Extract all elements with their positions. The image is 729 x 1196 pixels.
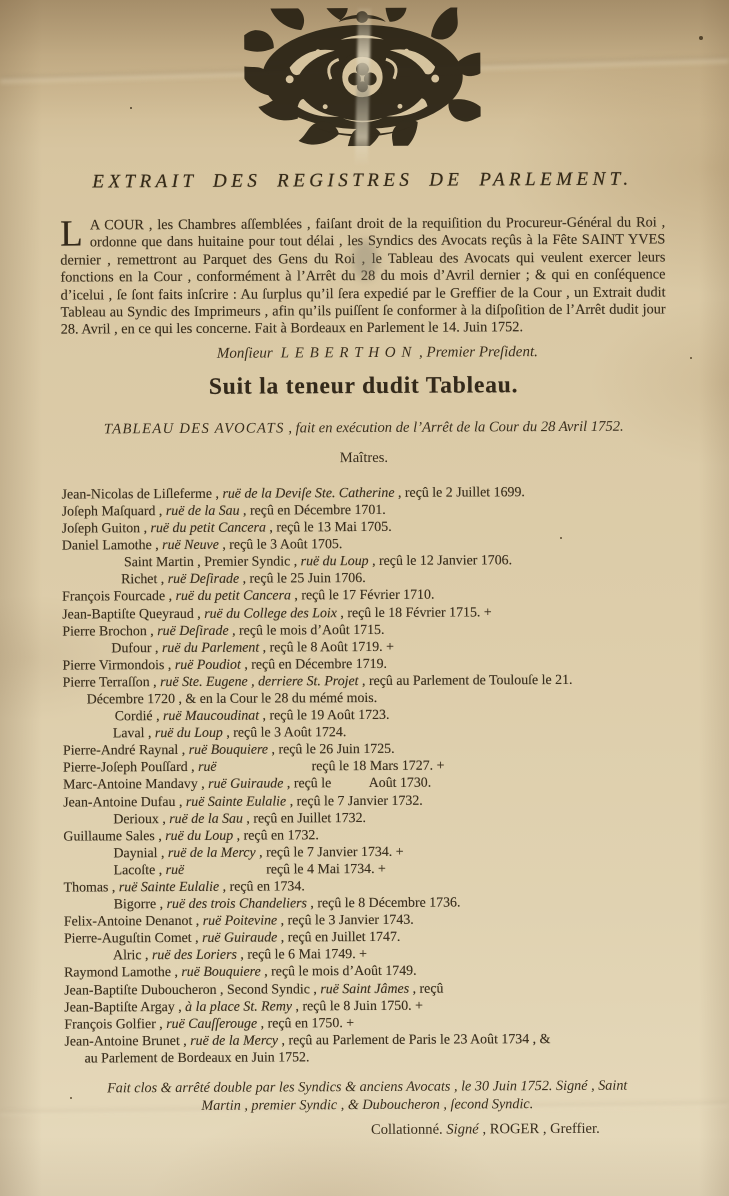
street-name: ruë du petit Cancera (150, 521, 265, 537)
president-signature: MonſieurLEBERTHON, Premier Preſident. (0, 343, 728, 364)
entry-text: Cordié , (115, 709, 163, 724)
paper-tear (354, 8, 370, 166)
entry-text: , reçû le 19 Août 1723. (259, 708, 389, 724)
document-content: EXTRAIT DES REGISTRES DE PARLEMENT. LA C… (0, 0, 729, 1141)
street-name: ruë Poitevine (203, 914, 278, 929)
collation-signe: Signé (446, 1122, 479, 1138)
entry-text: , reçû le 7 Janvier 1734. + (256, 845, 404, 861)
entry-text: , reçû le 6 Mai 1749. + (237, 947, 367, 963)
street-name: ruë Guiraude (202, 931, 277, 946)
closing-line-2: Martin , premier Syndic , & Duboucheron … (201, 1096, 533, 1114)
street-name: ruë Guiraude (208, 777, 283, 792)
entry-text: , reçû le 13 Mai 1705. (266, 520, 392, 536)
street-name: ruë de la Deviſe Ste. Catherine (222, 486, 394, 502)
entry-text: reçû le 18 Mars 1727. + (312, 759, 445, 775)
entry-text: Pierre Virmondois , (62, 658, 174, 674)
entry-text: Joſeph Maſquard , (62, 504, 166, 520)
street-name: ruë de la Mercy (190, 1033, 278, 1048)
entry-text: , reçû (409, 981, 443, 996)
entry-text: , reçû le 25 Juin 1706. (239, 571, 366, 587)
maitres-label: Maîtres. (0, 448, 728, 469)
entry-text: Lacoſte , (114, 863, 166, 878)
tableau-caption: TABLEAU DES AVOCATS , fait en exécution … (0, 418, 728, 439)
entry-text: reçû le 4 Mai 1734. + (266, 862, 386, 878)
entry-text: Jean-Nicolas de Liſleferme , (62, 487, 223, 503)
street-name: ruë Poudiot (175, 657, 241, 672)
street-name: ruë Bouquiere (181, 965, 260, 980)
entry-text: , reçû le 3 Août 1705. (219, 537, 343, 553)
signature-prefix: Monſieur (217, 345, 273, 361)
entry-text: , reçû le 18 Février 1715. + (337, 605, 492, 621)
entry-text: Daniel Lamothe , (62, 538, 162, 554)
entry-text: Pierre Terraſſon , (63, 675, 161, 691)
entry-text: , reçû le 8 Décembre 1736. (307, 896, 461, 912)
aged-paper-background: EXTRAIT DES REGISTRES DE PARLEMENT. LA C… (0, 0, 729, 1196)
street-name: ruë (166, 863, 185, 878)
street-name: ruë Cauſſerouge (166, 1016, 257, 1031)
entry-text: Derioux , (113, 812, 169, 827)
entry-text: , reçû en 1732. (233, 828, 319, 843)
street-name: ruë du Parlement (162, 640, 259, 656)
entry-text: Richet , (121, 572, 168, 587)
street-name: ruë du petit Cancera (176, 589, 291, 605)
entry-text: , reçû le 2 Juillet 1699. (394, 485, 524, 501)
entry-text: , reçû en 1750. + (257, 1016, 354, 1032)
street-name: à la place St. Remy (185, 999, 292, 1015)
president-name: LEBERTHON (281, 345, 417, 362)
street-name: ruë Maucoudinat (163, 709, 259, 725)
entry-text: Dufour , (111, 641, 162, 656)
entry-text: Marc-Antoine Mandavy , (63, 777, 208, 793)
entry-text: , reçû le 8 Août 1719. + (259, 640, 394, 656)
entry-text: , reçû le mois d’Août 1715. (229, 622, 385, 638)
tableau-row: au Parlement de Bordeaux en Juin 1752. (65, 1047, 729, 1068)
entry-text: Felix-Antoine Denanot , (64, 914, 203, 930)
street-name: ruë de la Mercy (168, 845, 256, 860)
street-name: ruë Saint Jâmes (320, 981, 409, 996)
entry-text: Thomas , (64, 880, 119, 895)
street-name: ruë du College des Loix (204, 606, 337, 622)
entry-text: , reçû le 26 Juin 1725. (268, 742, 395, 758)
entry-text: Jean-Antoine Brunet , (64, 1034, 190, 1050)
street-name: ruë Sainte Eulalie (186, 794, 286, 810)
street-name: ruë de la Sau (166, 504, 240, 519)
entry-text: Laval , (113, 726, 155, 741)
entry-text: , reçû le 17 Février 1710. (291, 588, 435, 604)
street-name: ruë de la Sau (169, 811, 243, 826)
entry-text: Pierre-Joſeph Pouſſard , (63, 760, 198, 776)
entry-text: , reçû en Décembre 1701. (240, 503, 386, 519)
entry-text: Jean-Baptiſte Queyraud , (62, 606, 204, 622)
entry-text: , reçû en 1734. (219, 879, 305, 894)
collation-rest: , ROGER , Greffier. (479, 1121, 600, 1138)
entry-text: Jean-Baptiſte Argay , (64, 1000, 185, 1016)
street-name: ruë du Loup (165, 828, 233, 843)
ink-blot (352, 240, 378, 280)
entry-text: , reçû le mois d’Août 1749. (261, 964, 417, 980)
entry-text: Raymond Lamothe , (64, 965, 181, 981)
street-name: ruë Deſirade (157, 623, 228, 638)
closing-line-1: Fait clos & arrêté double par les Syndic… (107, 1078, 627, 1097)
entry-text: , reçû au Parlement de Toulouſe le 21. (358, 673, 572, 689)
entry-text: , reçû au Parlement de Paris le 23 Août … (278, 1032, 550, 1048)
tableau-heading: Suit la teneur dudit Tableau. (0, 371, 728, 402)
woodcut-ornament (244, 7, 481, 146)
entry-text: Août 1730. (369, 776, 432, 791)
entry-text: Décembre 1720 , & en la Cour le 28 du mé… (87, 691, 378, 708)
entry-text: Bigorre , (114, 897, 167, 912)
street-name: ruë Ste. Eugene , derriere St. Projet (160, 674, 358, 690)
entry-text: , reçû le 8 Juin 1750. + (292, 998, 423, 1014)
entry-text: , reçû le 12 Janvier 1706. (369, 553, 513, 569)
entry-text: , reçû le 3 Août 1724. (223, 725, 347, 741)
street-name: ruë du Loup (301, 554, 369, 569)
entry-text: Saint Martin , Premier Syndic , (124, 555, 301, 571)
entry-text: Jean-Antoine Dufau , (63, 794, 186, 810)
entry-text: Daynial , (113, 846, 167, 861)
entry-text: Pierre-André Raynal , (63, 743, 189, 759)
entry-text: , reçû en Décembre 1719. (241, 657, 387, 673)
entry-text: , reçû en Juillet 1732. (243, 811, 366, 827)
entry-text: Pierre-Auguſtin Comet , (64, 931, 202, 947)
street-name: ruë des trois Chandeliers (167, 896, 307, 912)
signature-suffix: , Premier Preſident. (419, 344, 538, 361)
drop-cap: L (60, 217, 90, 248)
entry-text: Jean-Baptiſte Duboucheron , Second Syndi… (64, 982, 320, 998)
entry-text: , reçû le 7 Janvier 1732. (286, 793, 423, 809)
entry-text: , reçû en Juillet 1747. (277, 930, 400, 946)
entry-text: , reçû le 3 Janvier 1743. (277, 913, 414, 929)
document-title: EXTRAIT DES REGISTRES DE PARLEMENT. (0, 168, 727, 194)
street-name: ruë du Loup (155, 726, 223, 741)
collation-pre: Collationné. (371, 1122, 446, 1138)
entry-text: Alric , (113, 948, 152, 963)
entry-text: , reçû le (283, 777, 334, 792)
entry-text: François Fourcade , (62, 589, 175, 605)
street-name: ruë Deſirade (168, 572, 239, 587)
collation-line: Collationné. Signé , ROGER , Greffier. (3, 1120, 729, 1141)
entry-text: Pierre Brochon , (62, 624, 157, 639)
tableau-caption-lead: TABLEAU DES AVOCATS (104, 420, 285, 437)
entry-text: François Golfier , (64, 1017, 166, 1033)
street-name: ruë Sainte Eulalie (119, 880, 219, 896)
avocats-list: Jean-Nicolas de Liſleferme , ruë de la D… (62, 483, 729, 1068)
closing-statement: Fait clos & arrêté double par les Syndic… (33, 1077, 702, 1116)
entry-text: Guillaume Sales , (63, 829, 165, 845)
tableau-caption-rest: , fait en exécution de l’Arrêt de la Cou… (285, 418, 624, 436)
street-name: ruë (198, 760, 217, 775)
entry-text: Joſeph Guiton , (62, 521, 151, 536)
entry-text: au Parlement de Bordeaux en Juin 1752. (85, 1050, 310, 1066)
street-name: ruë des Loriers (152, 948, 237, 963)
street-name: ruë Neuve (162, 538, 219, 553)
street-name: ruë Bouquiere (189, 743, 268, 758)
